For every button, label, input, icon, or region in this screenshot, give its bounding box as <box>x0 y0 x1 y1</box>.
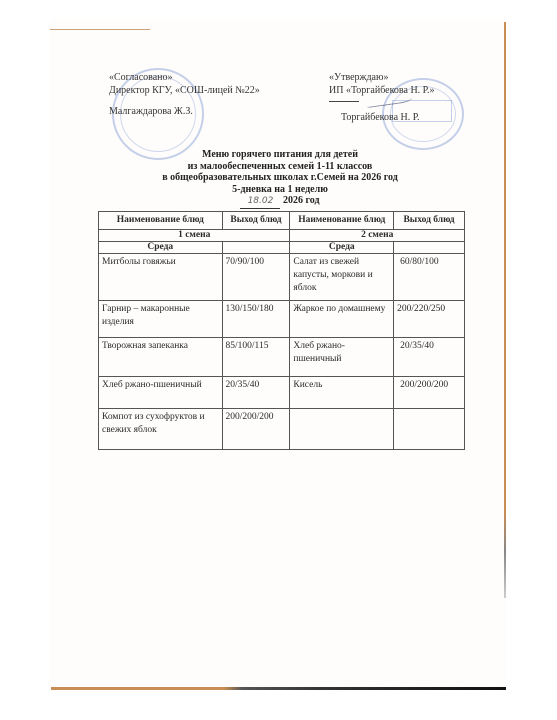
dish-1: Гарнир – макаронные изделия <box>99 301 223 338</box>
title-line-1: Меню горячего питания для детей <box>120 149 440 161</box>
signature-line <box>329 101 359 102</box>
header-yield-2: Выход блюд <box>394 212 465 230</box>
approval-signer-name: Малгаждарова Ж.З. <box>109 105 289 118</box>
dish-2: Хлеб ржано-пшеничный <box>290 338 394 377</box>
day-2-empty <box>394 242 465 254</box>
day-1-empty <box>222 242 290 254</box>
yield-1: 85/100/115 <box>222 338 290 377</box>
yield-1: 70/90/100 <box>222 254 290 301</box>
approval-heading: «Согласовано» <box>109 71 289 84</box>
approval-position: ИП «Торгайбекова Н. Р.» <box>329 84 489 97</box>
header-dish-name-1: Наименование блюд <box>99 212 223 230</box>
document-title: Меню горячего питания для детей из малоо… <box>120 149 440 209</box>
header-yield-1: Выход блюд <box>222 212 290 230</box>
shift-1-label: 1 смена <box>99 230 290 242</box>
header-dish-name-2: Наименование блюд <box>290 212 394 230</box>
table-row: Творожная запеканка 85/100/115 Хлеб ржан… <box>99 338 465 377</box>
menu-table: Наименование блюд Выход блюд Наименовани… <box>98 211 465 450</box>
title-line-2: из малообеспеченных семей 1-11 классов <box>120 161 440 173</box>
page-edge-bottom <box>51 687 506 690</box>
dish-1: Хлеб ржано-пшеничный <box>99 377 223 409</box>
yield-2: 200/200/200 <box>394 377 465 409</box>
yield-1: 20/35/40 <box>222 377 290 409</box>
yield-2: 200/220/250 <box>394 301 465 338</box>
table-row: Хлеб ржано-пшеничный 20/35/40 Кисель 200… <box>99 377 465 409</box>
page-edge-top <box>50 29 150 30</box>
approval-block-approved: «Утверждаю» ИП «Торгайбекова Н. Р.» Торг… <box>329 71 489 124</box>
title-line-4: 5-дневка на 1 неделю <box>120 184 440 196</box>
day-row: Среда Среда <box>99 242 465 254</box>
approval-signer-name: Торгайбекова Н. Р. <box>329 111 489 124</box>
yield-2 <box>394 409 465 450</box>
table-row: Гарнир – макаронные изделия 130/150/180 … <box>99 301 465 338</box>
dish-2: Кисель <box>290 377 394 409</box>
date-line: 18.02 2026 год <box>240 195 319 209</box>
title-line-3: в общеобразовательных школах г.Семей на … <box>120 172 440 184</box>
table-header-row: Наименование блюд Выход блюд Наименовани… <box>99 212 465 230</box>
dish-1: Компот из сухофруктов и свежих яблок <box>99 409 223 450</box>
dish-1: Творожная запеканка <box>99 338 223 377</box>
shift-2-label: 2 смена <box>290 230 465 242</box>
approval-heading: «Утверждаю» <box>329 71 489 84</box>
day-2-label: Среда <box>290 242 394 254</box>
yield-1: 200/200/200 <box>222 409 290 450</box>
yield-1: 130/150/180 <box>222 301 290 338</box>
yield-2: 60/80/100 <box>394 254 465 301</box>
day-1-label: Среда <box>99 242 223 254</box>
dish-2: Салат из свежей капусты, моркови и яблок <box>290 254 394 301</box>
table-row: Митболы говяжьи 70/90/100 Салат из свеже… <box>99 254 465 301</box>
dish-2: Жаркое по домашнему <box>290 301 394 338</box>
dish-2 <box>290 409 394 450</box>
shift-row: 1 смена 2 смена <box>99 230 465 242</box>
yield-2: 20/35/40 <box>394 338 465 377</box>
approval-block-agreed: «Согласовано» Директор КГУ, «СОШ-лицей №… <box>109 71 289 118</box>
dish-1: Митболы говяжьи <box>99 254 223 301</box>
handwritten-date: 18.02 <box>240 196 280 209</box>
year-label: 2026 год <box>283 195 320 206</box>
approval-position: Директор КГУ, «СОШ-лицей №22» <box>109 84 289 97</box>
table-row: Компот из сухофруктов и свежих яблок 200… <box>99 409 465 450</box>
page-edge-right <box>504 22 506 598</box>
